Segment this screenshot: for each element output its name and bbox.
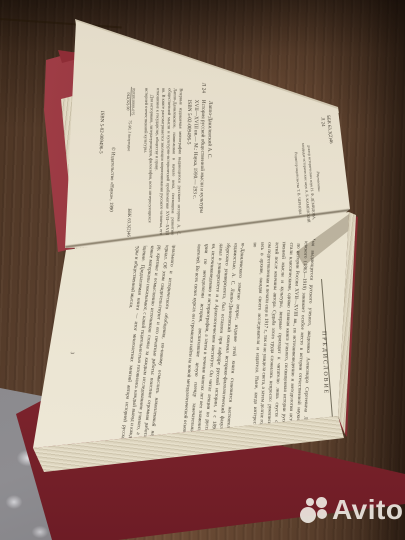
avito-dots-logo-icon [300, 497, 330, 527]
isbn-line: ISBN 5-02-009496-5 [184, 83, 194, 236]
book-gutter-crease [65, 209, 350, 248]
right-shadow [0, 0, 405, 540]
bbk-number: ББК 63.3(2)46 [325, 115, 337, 175]
author-sign-margin: Л 24 [200, 83, 207, 100]
catalog-card: Лаппо-Данилевский А. С. Л 24 История рус… [141, 82, 214, 236]
bbk-classification: ББК 63.3(2)46 Л 24 [319, 115, 338, 176]
author-sign: Л 24 [319, 117, 331, 176]
preface-paragraph: социального и исторического обобщения, п… [111, 235, 178, 446]
editorial-line: кандидат исторических наук А. Б. КАМЕНСК… [299, 122, 313, 244]
preface-paragraph: Лаппо-Данилевского заметно возрос, издан… [173, 228, 247, 438]
wood-table-surface [0, 0, 405, 540]
editorial-line: Редактор издательства Т. В. ЧЕРНОВА [291, 122, 305, 244]
page-stack-bottom-edge [0, 0, 405, 540]
page-stack-left-edge [0, 0, 405, 540]
imprint-denominator: 042(02)-90 [125, 87, 131, 116]
red-cover-right-edge [0, 0, 405, 540]
book-title-continued: XVII—XVIII вв.— М.: Наука, 1990.— 293 с. [191, 83, 201, 236]
annotation-text: Впервые издаваемая монография выдающегос… [153, 82, 184, 235]
book-title: История русской общественной мысли и кул… [198, 100, 207, 213]
page-curl-shadow [0, 0, 405, 540]
page-number: 3 [69, 351, 75, 354]
imprint-fraction: 0503010000-075 042(02)-90 [125, 87, 136, 117]
wood-grain-texture [0, 0, 405, 540]
book-page-imprint: ББК 63.3(2)46 Л 24 Рецензенты: доктор ис… [0, 0, 405, 540]
imprint-note: 75-90, I полугодие [127, 120, 133, 151]
top-shadow [0, 0, 405, 540]
page-stack-right-edge [0, 0, 405, 540]
page-stack-far-edge [0, 0, 405, 540]
editorial-line: доктор исторических наук Н. Ф. ДЕМИДОВА, [304, 121, 318, 243]
red-cover-top-edge [0, 0, 405, 540]
preface-header: ПРЕДИСЛОВИЕ [321, 331, 329, 395]
avito-watermark: Avito [298, 494, 405, 534]
preface-header-rule [321, 279, 334, 429]
editorial-block: Рецензенты: доктор исторических наук Н. … [291, 121, 326, 244]
copyright-line: © Издательство «Наука», 1990 [108, 147, 116, 212]
red-book-cover-bottom [0, 0, 405, 540]
annotation-audience: Для историков, литературоведов, философо… [141, 82, 155, 235]
imprint-numerator: 0503010000-075 [130, 87, 136, 116]
book-page-preface: ПРЕДИСЛОВИЕ Имя выдающегося русского уче… [0, 0, 405, 540]
gray-floor-corner [0, 0, 405, 540]
imprint-code-row: 0503010000-075 042(02)-90 75-90, I полуг… [121, 87, 136, 237]
photo-open-book: ПРЕДИСЛОВИЕ Имя выдающегося русского уче… [0, 0, 405, 540]
red-book-cover-spine [0, 0, 405, 540]
isbn-bottom-line: ISBN 5-02-009496-5 [98, 111, 105, 154]
bbk-number-bottom: ББК 63.3(2)46 [126, 208, 132, 237]
editorial-line: Рецензенты: [312, 121, 326, 243]
preface-paragraph: Имя выдающегося русского ученого, академ… [243, 226, 317, 432]
author-name: Лаппо-Данилевский А. С. [204, 83, 214, 236]
table-plank-seam [0, 18, 122, 29]
avito-brand-text: Avito [332, 494, 403, 526]
